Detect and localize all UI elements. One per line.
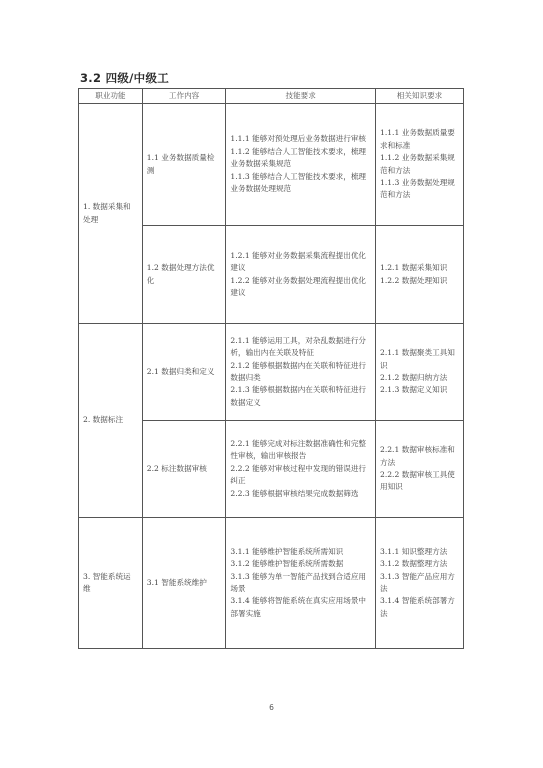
function-cell: 1. 数据采集和处理 [79, 104, 143, 324]
skill-item: 2.2.3 能够根据审核结果完成数据筛选 [230, 488, 371, 500]
skill-item: 1.1.2 能够结合人工智能技术要求，梳理业务数据采集规范 [230, 146, 371, 171]
header-function: 职业功能 [79, 89, 143, 104]
skill-item: 3.1.1 能够维护智能系统所需知识 [230, 546, 371, 558]
skill-item: 1.1.3 能够结合人工智能技术要求，梳理业务数据处理规范 [230, 171, 371, 196]
skill-item: 2.1.2 能够根据数据内在关联和特征进行数据归类 [230, 360, 371, 385]
skills-cell: 1.1.1 能够对预处理后业务数据进行审核 1.1.2 能够结合人工智能技术要求… [226, 104, 376, 226]
skill-item: 3.1.3 能够为单一智能产品找到合适应用场景 [230, 571, 371, 596]
table-row: 3. 智能系统运维 3.1 智能系统维护 3.1.1 能够维护智能系统所需知识 … [79, 518, 464, 649]
skill-item: 2.1.1 能够运用工具，对杂乱数据进行分析，输出内在关联及特征 [230, 335, 371, 360]
knowledge-item: 1.2.1 数据采集知识 [380, 262, 459, 274]
knowledge-item: 2.1.3 数据定义知识 [380, 384, 459, 396]
header-skills: 技能要求 [226, 89, 376, 104]
knowledge-cell: 2.1.1 数据聚类工具知识 2.1.2 数据归纳方法 2.1.3 数据定义知识 [375, 324, 463, 421]
skill-item: 1.1.1 能够对预处理后业务数据进行审核 [230, 133, 371, 145]
knowledge-item: 2.1.2 数据归纳方法 [380, 372, 459, 384]
knowledge-item: 1.1.1 业务数据质量要求和标准 [380, 127, 459, 152]
header-knowledge: 相关知识要求 [375, 89, 463, 104]
knowledge-item: 3.1.2 数据整理方法 [380, 558, 459, 570]
knowledge-item: 3.1.4 智能系统部署方法 [380, 595, 459, 620]
skill-requirements-table: 职业功能 工作内容 技能要求 相关知识要求 1. 数据采集和处理 1.1 业务数… [78, 88, 464, 649]
knowledge-cell: 1.2.1 数据采集知识 1.2.2 数据处理知识 [375, 226, 463, 324]
knowledge-item: 2.2.1 数据审核标准和方法 [380, 444, 459, 469]
content-cell: 3.1 智能系统维护 [142, 518, 226, 649]
knowledge-cell: 1.1.1 业务数据质量要求和标准 1.1.2 业务数据采集规范和方法 1.1.… [375, 104, 463, 226]
function-cell: 2. 数据标注 [79, 324, 143, 518]
knowledge-cell: 2.2.1 数据审核标准和方法 2.2.2 数据审核工具使用知识 [375, 421, 463, 518]
skill-item: 1.2.2 能够对业务数据处理流程提出优化建议 [230, 275, 371, 300]
page-number: 6 [0, 703, 543, 712]
table-header-row: 职业功能 工作内容 技能要求 相关知识要求 [79, 89, 464, 104]
section-title: 3.2 四级/中级工 [80, 70, 169, 86]
header-content: 工作内容 [142, 89, 226, 104]
content-cell: 1.1 业务数据质量检测 [142, 104, 226, 226]
knowledge-item: 1.1.3 业务数据处理规范和方法 [380, 177, 459, 202]
skills-cell: 3.1.1 能够维护智能系统所需知识 3.1.2 能够维护智能系统所需数据 3.… [226, 518, 376, 649]
skills-cell: 2.2.1 能够完成对标注数据准确性和完整性审核，输出审核报告 2.2.2 能够… [226, 421, 376, 518]
skills-cell: 2.1.1 能够运用工具，对杂乱数据进行分析，输出内在关联及特征 2.1.2 能… [226, 324, 376, 421]
content-cell: 1.2 数据处理方法优化 [142, 226, 226, 324]
skill-item: 2.2.1 能够完成对标注数据准确性和完整性审核，输出审核报告 [230, 438, 371, 463]
skill-item: 2.1.3 能够根据数据内在关联和特征进行数据定义 [230, 384, 371, 409]
skills-cell: 1.2.1 能够对业务数据采集流程提出优化建议 1.2.2 能够对业务数据处理流… [226, 226, 376, 324]
content-cell: 2.2 标注数据审核 [142, 421, 226, 518]
skill-item: 1.2.1 能够对业务数据采集流程提出优化建议 [230, 250, 371, 275]
knowledge-item: 2.2.2 数据审核工具使用知识 [380, 469, 459, 494]
knowledge-item: 1.1.2 业务数据采集规范和方法 [380, 152, 459, 177]
table-row: 2. 数据标注 2.1 数据归类和定义 2.1.1 能够运用工具，对杂乱数据进行… [79, 324, 464, 421]
knowledge-cell: 3.1.1 知识整理方法 3.1.2 数据整理方法 3.1.3 智能产品应用方法… [375, 518, 463, 649]
knowledge-item: 2.1.1 数据聚类工具知识 [380, 347, 459, 372]
knowledge-item: 3.1.3 智能产品应用方法 [380, 571, 459, 596]
skill-item: 2.2.2 能够对审核过程中发现的错误进行纠正 [230, 463, 371, 488]
content-cell: 2.1 数据归类和定义 [142, 324, 226, 421]
skill-item: 3.1.2 能够维护智能系统所需数据 [230, 558, 371, 570]
knowledge-item: 3.1.1 知识整理方法 [380, 546, 459, 558]
knowledge-item: 1.2.2 数据处理知识 [380, 275, 459, 287]
function-cell: 3. 智能系统运维 [79, 518, 143, 649]
skill-item: 3.1.4 能够将智能系统在真实应用场景中部署实施 [230, 595, 371, 620]
table-row: 1. 数据采集和处理 1.1 业务数据质量检测 1.1.1 能够对预处理后业务数… [79, 104, 464, 226]
